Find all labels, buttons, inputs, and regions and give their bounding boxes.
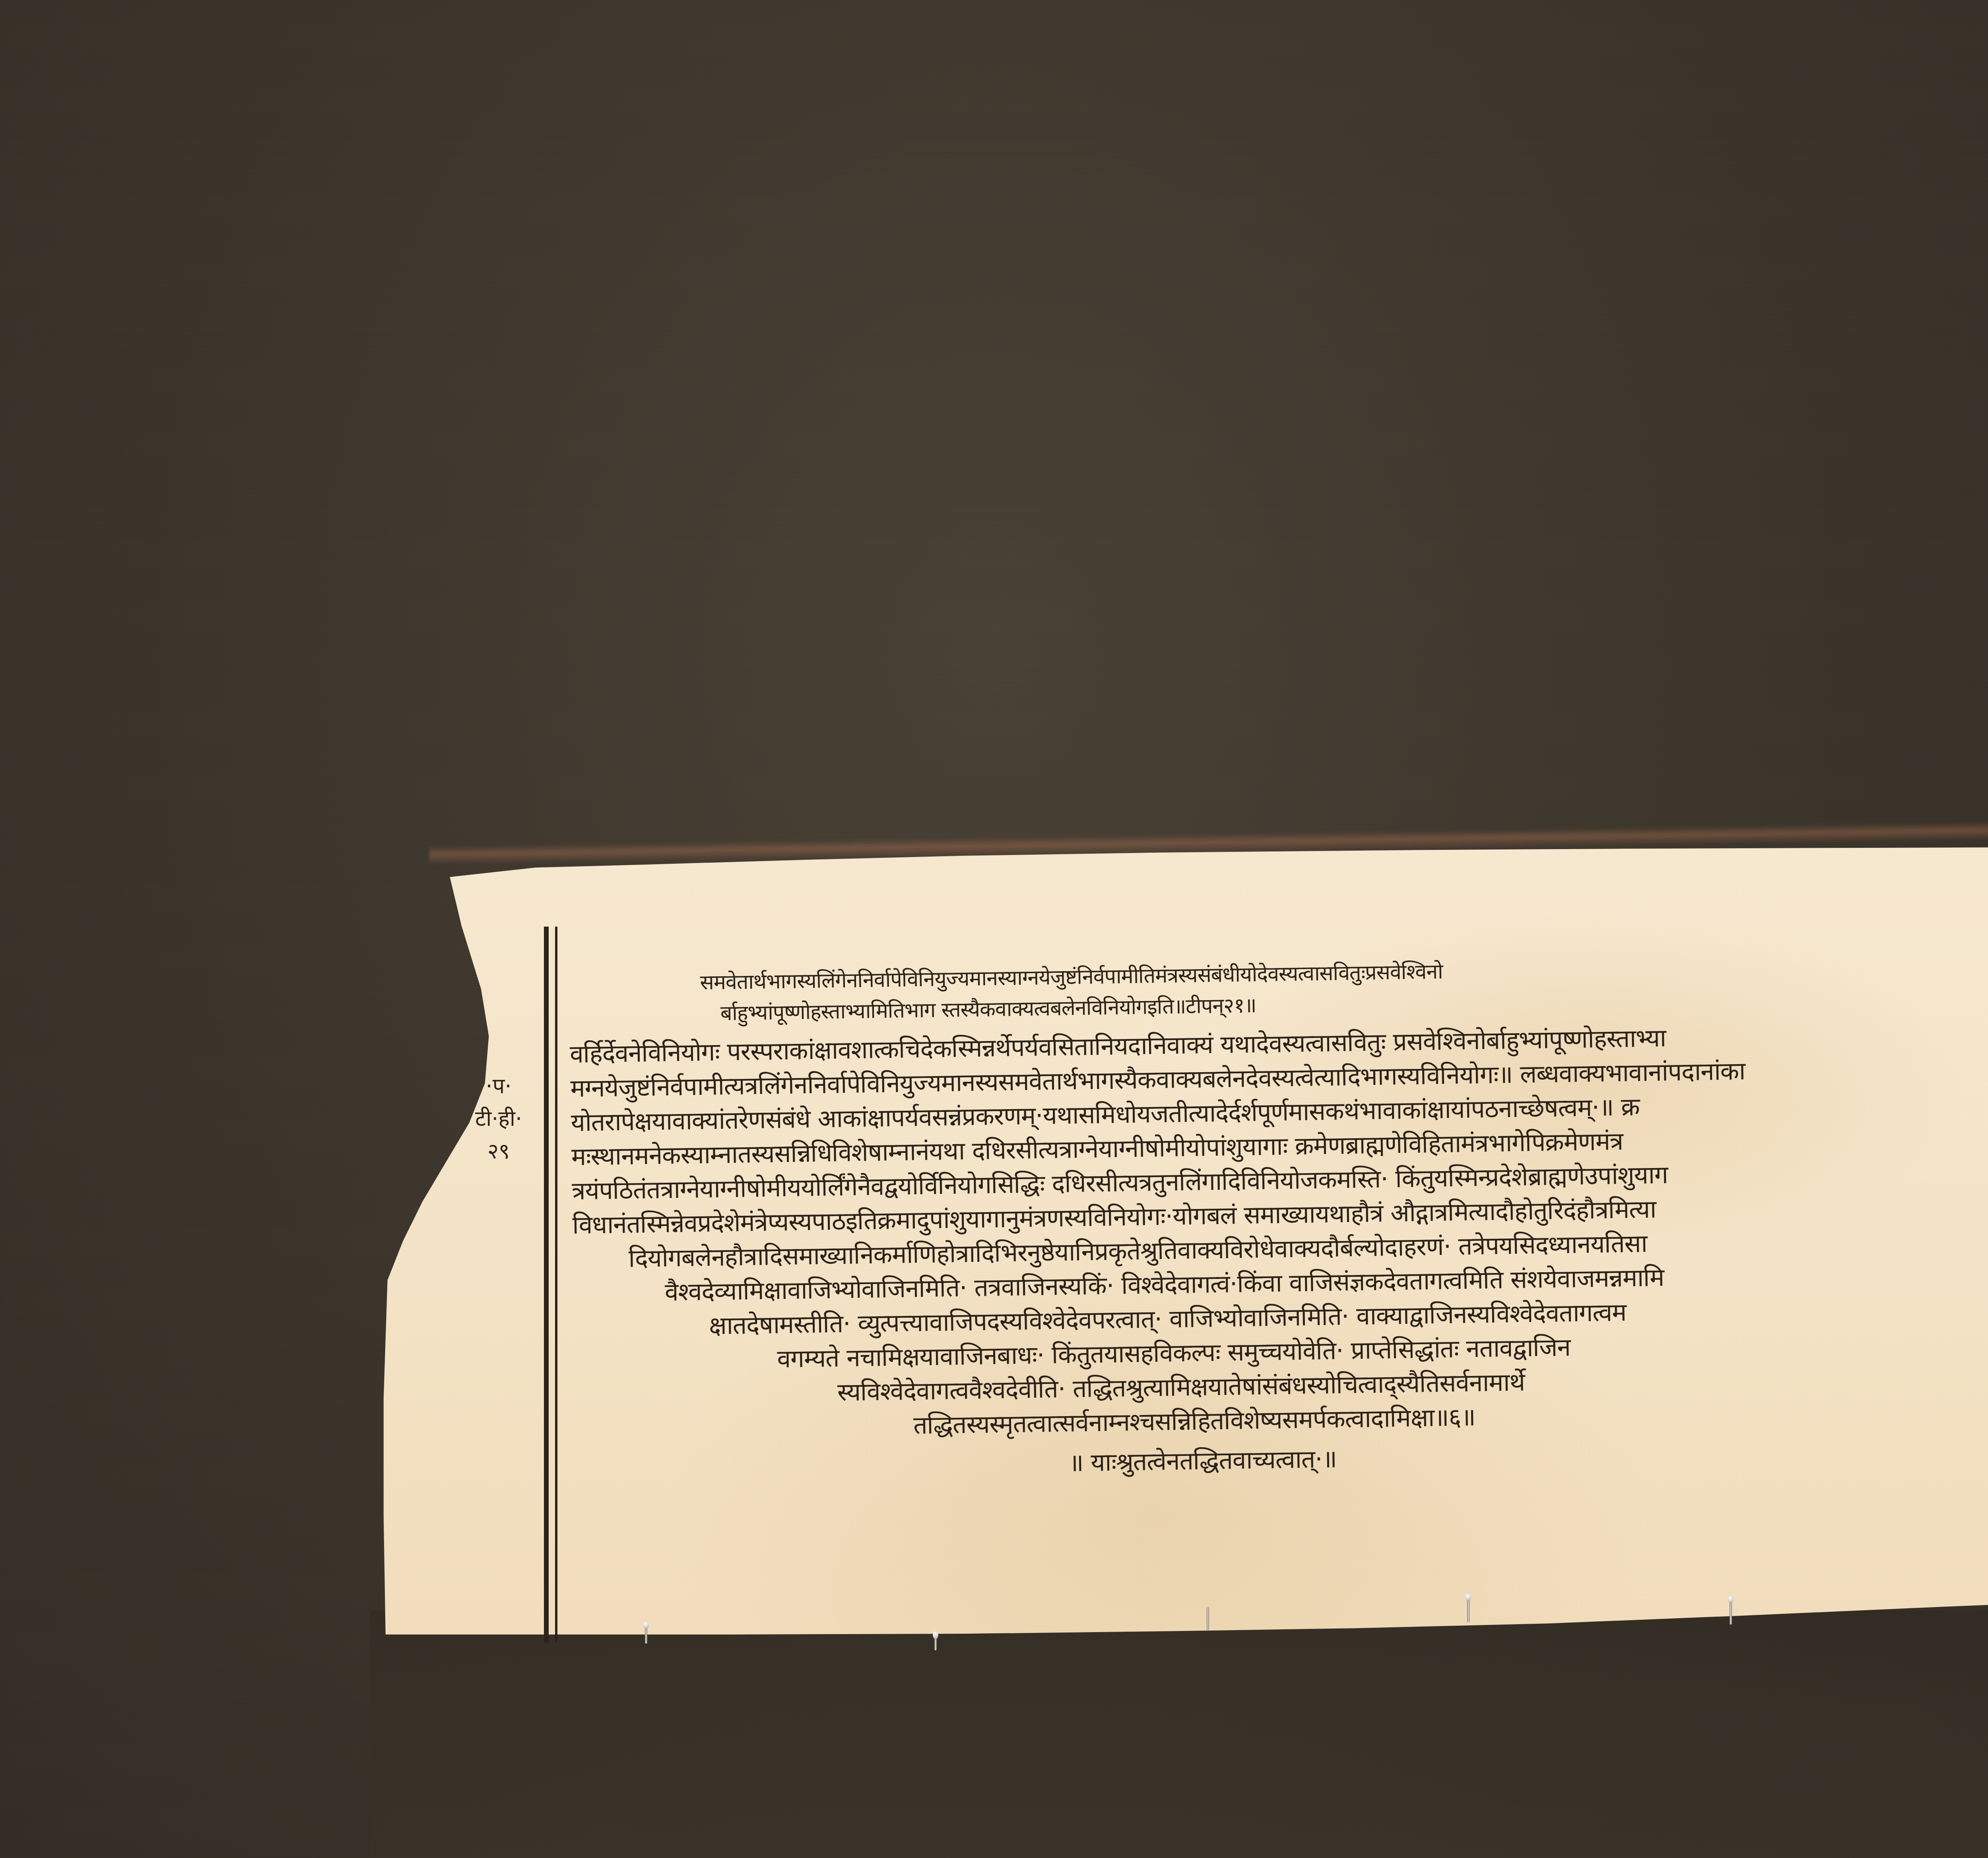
pin-head-icon	[1466, 1593, 1471, 1601]
pin-head-icon	[643, 1621, 649, 1629]
left-margin-note: ·प· टी·ही· २९	[475, 1070, 522, 1168]
left-margin-page-number: २९	[475, 1135, 522, 1168]
left-margin-line: ·प·	[475, 1070, 522, 1102]
text-line: ॥ याःश्रुतत्वेनतद्धितवाच्यत्वात्·॥	[1069, 1439, 1499, 1480]
pin-head-icon	[1728, 1595, 1734, 1603]
left-border-rule-outer	[544, 927, 549, 1642]
mount-lower-step	[370, 1611, 1988, 1858]
left-border-rule-inner	[555, 927, 557, 1642]
mounting-pin	[1207, 1607, 1209, 1631]
pin-head-icon	[933, 1631, 938, 1639]
left-margin-line: टी·ही·	[475, 1102, 522, 1135]
